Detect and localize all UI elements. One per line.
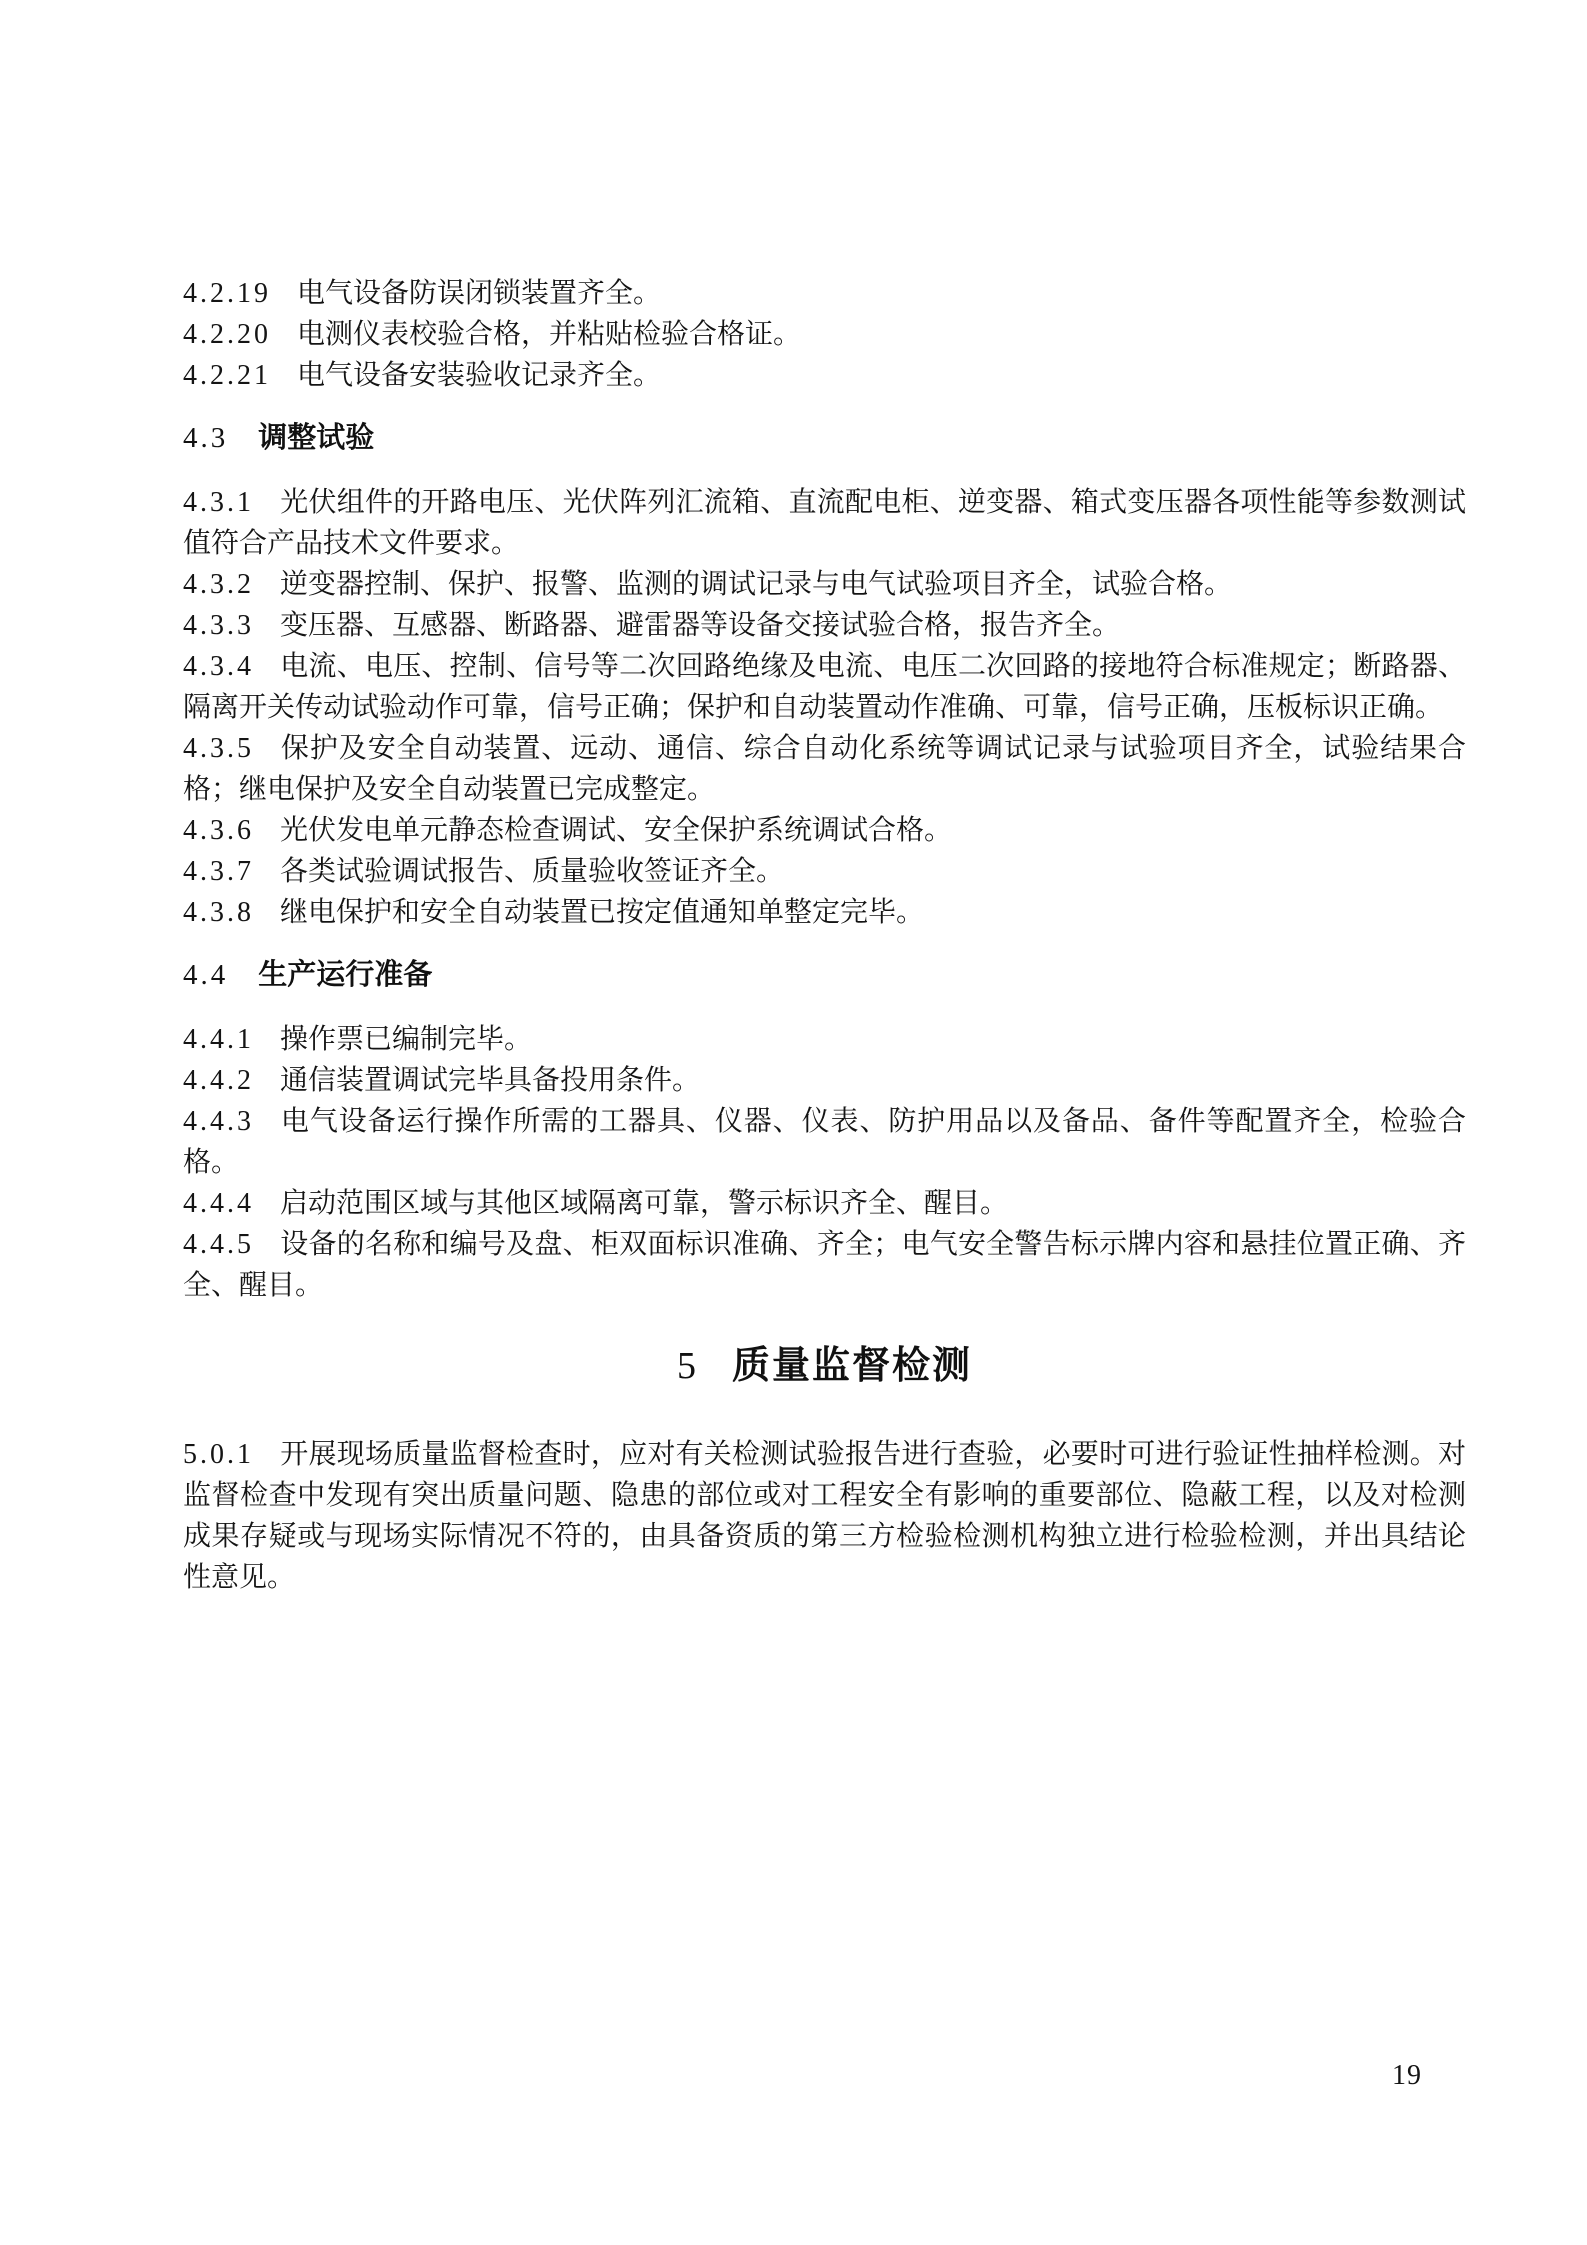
chapter-number: 5	[677, 1345, 698, 1387]
section-heading-4-3: 4.3调整试验	[183, 416, 1466, 460]
clause-text: 启动范围区域与其他区域隔离可靠，警示标识齐全、醒目。	[280, 1188, 1008, 1219]
clause-item: 4.4.1操作票已编制完毕。	[183, 1019, 1466, 1060]
clause-number: 4.2.19	[183, 278, 271, 309]
clause-text: 电气设备防误闭锁装置齐全。	[297, 278, 661, 309]
section-title: 生产运行准备	[258, 959, 432, 991]
clause-item: 4.4.5设备的名称和编号及盘、柜双面标识准确、齐全；电气安全警告标示牌内容和悬…	[183, 1224, 1466, 1306]
section-title: 调整试验	[258, 422, 374, 454]
clause-text: 电流、电压、控制、信号等二次回路绝缘及电流、电压二次回路的接地符合标准规定；断路…	[183, 651, 1466, 723]
clause-number: 4.3.2	[183, 569, 254, 600]
clause-number: 4.3.8	[183, 897, 254, 928]
clause-item: 4.2.19电气设备防误闭锁装置齐全。	[183, 273, 1466, 314]
clause-text: 逆变器控制、保护、报警、监测的调试记录与电气试验项目齐全，试验合格。	[280, 569, 1232, 600]
clause-number: 4.3.5	[183, 733, 254, 764]
clause-item: 4.2.20电测仪表校验合格，并粘贴检验合格证。	[183, 314, 1466, 355]
clause-number: 4.4.4	[183, 1188, 254, 1219]
clause-text: 通信装置调试完毕具备投用条件。	[280, 1065, 700, 1096]
clause-number: 4.3.4	[183, 651, 254, 682]
clause-text: 继电保护和安全自动装置已按定值通知单整定完毕。	[280, 897, 924, 928]
clause-item: 5.0.1开展现场质量监督检查时，应对有关检测试验报告进行查验，必要时可进行验证…	[183, 1434, 1466, 1598]
clause-text: 光伏组件的开路电压、光伏阵列汇流箱、直流配电柜、逆变器、箱式变压器各项性能等参数…	[183, 487, 1466, 559]
clause-text: 设备的名称和编号及盘、柜双面标识准确、齐全；电气安全警告标示牌内容和悬挂位置正确…	[183, 1229, 1466, 1301]
clause-item: 4.3.3变压器、互感器、断路器、避雷器等设备交接试验合格，报告齐全。	[183, 605, 1466, 646]
clause-number: 4.4.5	[183, 1229, 254, 1260]
clause-number: 4.2.20	[183, 319, 271, 350]
clause-item: 4.2.21电气设备安装验收记录齐全。	[183, 355, 1466, 396]
section-number: 4.4	[183, 959, 228, 991]
clause-item: 4.3.6光伏发电单元静态检查调试、安全保护系统调试合格。	[183, 810, 1466, 851]
clause-item: 4.4.2通信装置调试完毕具备投用条件。	[183, 1060, 1466, 1101]
clause-number: 4.2.21	[183, 360, 271, 391]
clause-text: 开展现场质量监督检查时，应对有关检测试验报告进行查验，必要时可进行验证性抽样检测…	[183, 1439, 1466, 1593]
clause-number: 4.4.1	[183, 1024, 254, 1055]
clause-text: 电气设备安装验收记录齐全。	[297, 360, 661, 391]
chapter-title: 质量监督检测	[732, 1345, 972, 1387]
clause-item: 4.3.7各类试验调试报告、质量验收签证齐全。	[183, 851, 1466, 892]
clause-item: 4.3.2逆变器控制、保护、报警、监测的调试记录与电气试验项目齐全，试验合格。	[183, 564, 1466, 605]
section-number: 4.3	[183, 422, 228, 454]
clause-number: 4.4.3	[183, 1106, 254, 1137]
clause-text: 电测仪表校验合格，并粘贴检验合格证。	[297, 319, 801, 350]
clause-item: 4.3.1光伏组件的开路电压、光伏阵列汇流箱、直流配电柜、逆变器、箱式变压器各项…	[183, 482, 1466, 564]
clause-number: 4.3.6	[183, 815, 254, 846]
clause-text: 光伏发电单元静态检查调试、安全保护系统调试合格。	[280, 815, 952, 846]
clause-text: 保护及安全自动装置、远动、通信、综合自动化系统等调试记录与试验项目齐全，试验结果…	[183, 733, 1466, 805]
page-number: 19	[1392, 2058, 1422, 2094]
clause-number: 4.4.2	[183, 1065, 254, 1096]
clause-item: 4.3.8继电保护和安全自动装置已按定值通知单整定完毕。	[183, 892, 1466, 933]
section-heading-4-4: 4.4生产运行准备	[183, 953, 1466, 997]
clause-text: 变压器、互感器、断路器、避雷器等设备交接试验合格，报告齐全。	[280, 610, 1120, 641]
clause-text: 操作票已编制完毕。	[280, 1024, 532, 1055]
document-content: 4.2.19电气设备防误闭锁装置齐全。 4.2.20电测仪表校验合格，并粘贴检验…	[183, 273, 1466, 1598]
document-page: 4.2.19电气设备防误闭锁装置齐全。 4.2.20电测仪表校验合格，并粘贴检验…	[0, 0, 1587, 2245]
clause-text: 各类试验调试报告、质量验收签证齐全。	[280, 856, 784, 887]
clause-item: 4.3.4电流、电压、控制、信号等二次回路绝缘及电流、电压二次回路的接地符合标准…	[183, 646, 1466, 728]
clause-number: 5.0.1	[183, 1439, 254, 1470]
clause-item: 4.4.4启动范围区域与其他区域隔离可靠，警示标识齐全、醒目。	[183, 1183, 1466, 1224]
clause-number: 4.3.1	[183, 487, 254, 518]
clause-item: 4.4.3电气设备运行操作所需的工器具、仪器、仪表、防护用品以及备品、备件等配置…	[183, 1101, 1466, 1183]
clause-text: 电气设备运行操作所需的工器具、仪器、仪表、防护用品以及备品、备件等配置齐全，检验…	[183, 1106, 1466, 1178]
clause-item: 4.3.5保护及安全自动装置、远动、通信、综合自动化系统等调试记录与试验项目齐全…	[183, 728, 1466, 810]
clause-number: 4.3.3	[183, 610, 254, 641]
clause-number: 4.3.7	[183, 856, 254, 887]
chapter-heading-5: 5质量监督检测	[183, 1338, 1466, 1394]
